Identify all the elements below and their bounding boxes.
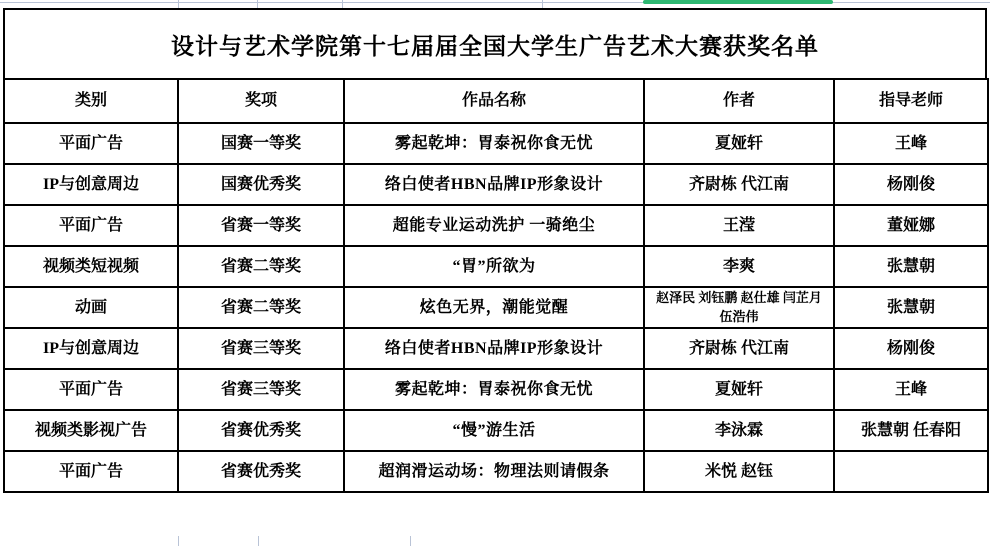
- table-row: 平面广告 省赛三等奖 雾起乾坤：胃泰祝你食无忧 夏娅轩 王峰: [4, 369, 988, 410]
- table-row: 视频类影视广告 省赛优秀奖 “慢”游生活 李泳霖 张慧朝 任春阳: [4, 410, 988, 451]
- cell-work[interactable]: 超能专业运动洗护 一骑绝尘: [344, 205, 644, 246]
- table-row: IP与创意周边 国赛优秀奖 络白使者HBN品牌IP形象设计 齐尉栋 代江南 杨刚…: [4, 164, 988, 205]
- header-row: 类别 奖项 作品名称 作者 指导老师: [4, 79, 988, 123]
- cell-authors[interactable]: 米悦 赵钰: [644, 451, 834, 492]
- cell-work[interactable]: 炫色无界，潮能觉醒: [344, 287, 644, 328]
- selection-accent-bar: [643, 0, 833, 4]
- cell-award[interactable]: 省赛优秀奖: [178, 410, 344, 451]
- table-row: 视频类短视频 省赛二等奖 “胃”所欲为 李爽 张慧朝: [4, 246, 988, 287]
- cell-advisor[interactable]: 杨刚俊: [834, 328, 988, 369]
- sheet-gridline-vertical: [178, 0, 179, 8]
- cell-award[interactable]: 省赛优秀奖: [178, 451, 344, 492]
- sheet-gridline-vertical: [542, 0, 543, 8]
- cell-category[interactable]: IP与创意周边: [4, 164, 178, 205]
- awards-table-wrap: 设计与艺术学院第十七届届全国大学生广告艺术大赛获奖名单 类别 奖项 作品名称 作…: [3, 8, 987, 493]
- header-cell-award[interactable]: 奖项: [178, 79, 344, 123]
- cell-advisor[interactable]: 张慧朝: [834, 246, 988, 287]
- cell-award[interactable]: 国赛优秀奖: [178, 164, 344, 205]
- table-title-cell[interactable]: 设计与艺术学院第十七届届全国大学生广告艺术大赛获奖名单: [3, 8, 987, 78]
- cell-advisor[interactable]: 董娅娜: [834, 205, 988, 246]
- sheet-gridline-vertical: [410, 536, 411, 546]
- cell-category[interactable]: 视频类短视频: [4, 246, 178, 287]
- cell-award[interactable]: 省赛二等奖: [178, 287, 344, 328]
- cell-work[interactable]: 超润滑运动场：物理法则请假条: [344, 451, 644, 492]
- cell-work[interactable]: 雾起乾坤：胃泰祝你食无忧: [344, 369, 644, 410]
- cell-work[interactable]: “慢”游生活: [344, 410, 644, 451]
- sheet-gridline-vertical: [257, 0, 258, 8]
- cell-advisor[interactable]: [834, 451, 988, 492]
- cell-award[interactable]: 省赛三等奖: [178, 328, 344, 369]
- cell-category[interactable]: 视频类影视广告: [4, 410, 178, 451]
- cell-authors[interactable]: 夏娅轩: [644, 123, 834, 164]
- cell-authors[interactable]: 王滢: [644, 205, 834, 246]
- table-row: 平面广告 国赛一等奖 雾起乾坤：胃泰祝你食无忧 夏娅轩 王峰: [4, 123, 988, 164]
- sheet-gridline-vertical: [178, 536, 179, 546]
- table-row: 动画 省赛二等奖 炫色无界，潮能觉醒 赵泽民 刘钰鹏 赵仕雄 闫芷月 伍浩伟 张…: [4, 287, 988, 328]
- cell-category[interactable]: 平面广告: [4, 451, 178, 492]
- cell-work[interactable]: 雾起乾坤：胃泰祝你食无忧: [344, 123, 644, 164]
- cell-work[interactable]: 络白使者HBN品牌IP形象设计: [344, 328, 644, 369]
- cell-award[interactable]: 省赛三等奖: [178, 369, 344, 410]
- cell-advisor[interactable]: 杨刚俊: [834, 164, 988, 205]
- cell-award[interactable]: 省赛二等奖: [178, 246, 344, 287]
- cell-category[interactable]: IP与创意周边: [4, 328, 178, 369]
- cell-category[interactable]: 动画: [4, 287, 178, 328]
- awards-table: 类别 奖项 作品名称 作者 指导老师 平面广告 国赛一等奖 雾起乾坤：胃泰祝你食…: [3, 78, 989, 493]
- cell-work[interactable]: 络白使者HBN品牌IP形象设计: [344, 164, 644, 205]
- cell-authors[interactable]: 赵泽民 刘钰鹏 赵仕雄 闫芷月 伍浩伟: [644, 287, 834, 328]
- sheet-gridline-vertical: [342, 0, 343, 8]
- cell-advisor[interactable]: 王峰: [834, 369, 988, 410]
- header-cell-authors[interactable]: 作者: [644, 79, 834, 123]
- cell-authors[interactable]: 夏娅轩: [644, 369, 834, 410]
- cell-advisor[interactable]: 张慧朝 任春阳: [834, 410, 988, 451]
- cell-award[interactable]: 省赛一等奖: [178, 205, 344, 246]
- table-row: 平面广告 省赛优秀奖 超润滑运动场：物理法则请假条 米悦 赵钰: [4, 451, 988, 492]
- cell-advisor[interactable]: 王峰: [834, 123, 988, 164]
- cell-authors[interactable]: 齐尉栋 代江南: [644, 164, 834, 205]
- spreadsheet-canvas: 设计与艺术学院第十七届届全国大学生广告艺术大赛获奖名单 类别 奖项 作品名称 作…: [0, 0, 990, 546]
- cell-advisor[interactable]: 张慧朝: [834, 287, 988, 328]
- cell-authors[interactable]: 李泳霖: [644, 410, 834, 451]
- cell-award[interactable]: 国赛一等奖: [178, 123, 344, 164]
- header-cell-work[interactable]: 作品名称: [344, 79, 644, 123]
- sheet-gridline-horizontal: [0, 2, 990, 3]
- sheet-gridline-vertical: [258, 536, 259, 546]
- cell-category[interactable]: 平面广告: [4, 205, 178, 246]
- cell-authors[interactable]: 李爽: [644, 246, 834, 287]
- cell-authors[interactable]: 齐尉栋 代江南: [644, 328, 834, 369]
- table-row: 平面广告 省赛一等奖 超能专业运动洗护 一骑绝尘 王滢 董娅娜: [4, 205, 988, 246]
- cell-category[interactable]: 平面广告: [4, 369, 178, 410]
- header-cell-advisor[interactable]: 指导老师: [834, 79, 988, 123]
- cell-work[interactable]: “胃”所欲为: [344, 246, 644, 287]
- cell-category[interactable]: 平面广告: [4, 123, 178, 164]
- table-row: IP与创意周边 省赛三等奖 络白使者HBN品牌IP形象设计 齐尉栋 代江南 杨刚…: [4, 328, 988, 369]
- header-cell-category[interactable]: 类别: [4, 79, 178, 123]
